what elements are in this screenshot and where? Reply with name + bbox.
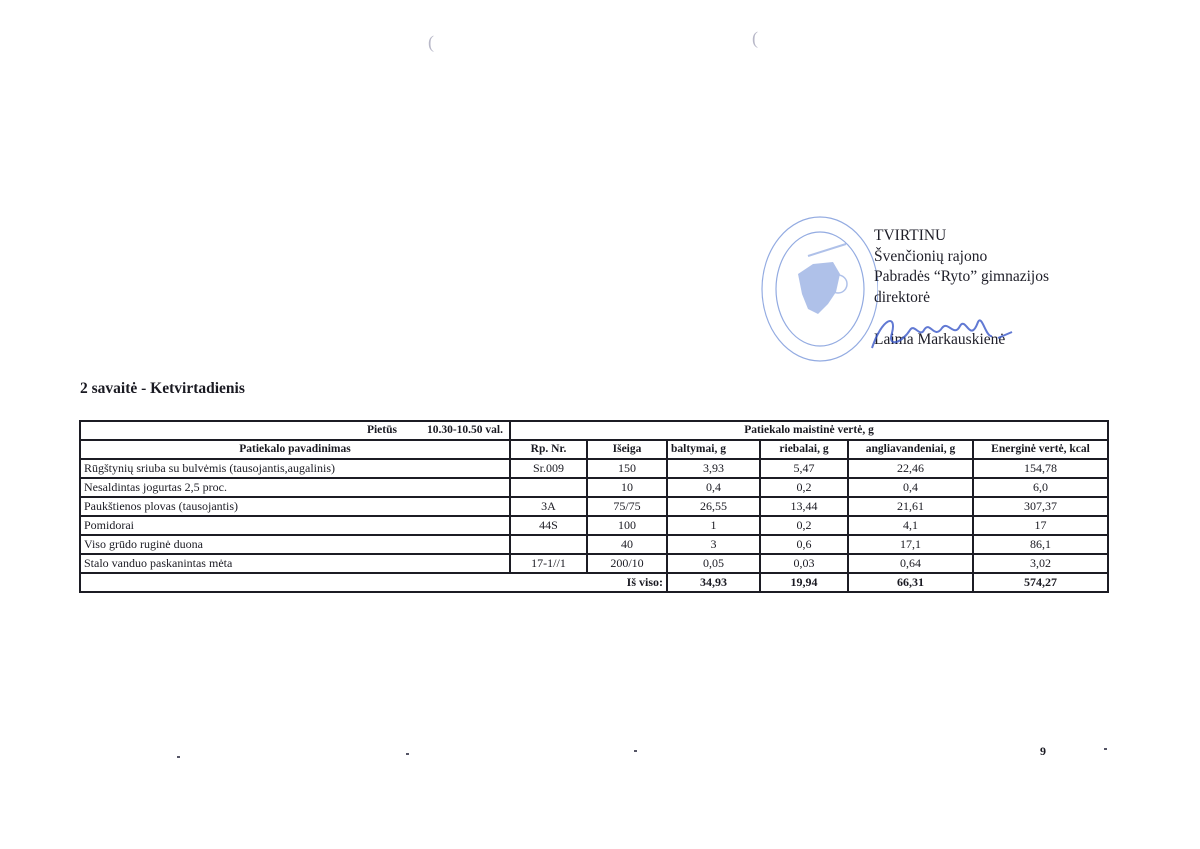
cell-protein: 1: [667, 516, 760, 535]
scan-mark-paren: (: [752, 28, 758, 49]
cell-protein: 3: [667, 535, 760, 554]
cell-rp: 3A: [510, 497, 587, 516]
cell-fat: 5,47: [760, 459, 848, 478]
meal-time: 10.30-10.50 val.: [427, 424, 503, 436]
table-row: Nesaldintas jogurtas 2,5 proc.100,40,20,…: [80, 478, 1108, 497]
cell-yield: 150: [587, 459, 667, 478]
cell-protein: 26,55: [667, 497, 760, 516]
nutrition-group-header: Patiekalo maistinė vertė, g: [510, 421, 1108, 440]
page-number: 9: [1040, 744, 1046, 759]
cell-energy: 86,1: [973, 535, 1108, 554]
table-header-row-1: Pietūs10.30-10.50 val. Patiekalo maistin…: [80, 421, 1108, 440]
cell-energy: 6,0: [973, 478, 1108, 497]
cell-energy: 3,02: [973, 554, 1108, 573]
col-header-yield: Išeiga: [587, 440, 667, 459]
meal-label: Pietūs: [367, 424, 397, 436]
col-header-protein: baltymai, g: [667, 440, 760, 459]
cell-rp: 17-1//1: [510, 554, 587, 573]
total-carbs: 66,31: [848, 573, 973, 592]
official-stamp: [758, 214, 878, 364]
cell-carbs: 0,64: [848, 554, 973, 573]
table-row: Paukštienos plovas (tausojantis)3A75/752…: [80, 497, 1108, 516]
cell-fat: 0,2: [760, 516, 848, 535]
signature: [862, 308, 1042, 358]
approval-heading: TVIRTINU: [874, 226, 1049, 247]
cell-carbs: 17,1: [848, 535, 973, 554]
scan-dot: [177, 756, 180, 758]
menu-table: Pietūs10.30-10.50 val. Patiekalo maistin…: [79, 420, 1109, 593]
col-header-energy: Energinė vertė, kcal: [973, 440, 1108, 459]
cell-name: Nesaldintas jogurtas 2,5 proc.: [80, 478, 510, 497]
cell-yield: 200/10: [587, 554, 667, 573]
cell-name: Pomidorai: [80, 516, 510, 535]
cell-protein: 3,93: [667, 459, 760, 478]
table-row: Stalo vanduo paskanintas mėta17-1//1200/…: [80, 554, 1108, 573]
col-header-carbs: angliavandeniai, g: [848, 440, 973, 459]
cell-energy: 307,37: [973, 497, 1108, 516]
total-row: Iš viso: 34,93 19,94 66,31 574,27: [80, 573, 1108, 592]
scan-dot: [406, 753, 409, 755]
cell-carbs: 21,61: [848, 497, 973, 516]
section-title: 2 savaitė - Ketvirtadienis: [80, 380, 245, 398]
total-energy: 574,27: [973, 573, 1108, 592]
cell-name: Stalo vanduo paskanintas mėta: [80, 554, 510, 573]
cell-carbs: 0,4: [848, 478, 973, 497]
total-label: Iš viso:: [80, 573, 667, 592]
table-row: Viso grūdo ruginė duona4030,617,186,1: [80, 535, 1108, 554]
scan-mark-paren: (: [428, 32, 434, 53]
cell-carbs: 22,46: [848, 459, 973, 478]
cell-energy: 17: [973, 516, 1108, 535]
cell-rp: [510, 535, 587, 554]
total-fat: 19,94: [760, 573, 848, 592]
approval-district: Švenčionių rajono: [874, 247, 1049, 268]
table-row: Pomidorai44S10010,24,117: [80, 516, 1108, 535]
approval-position: direktorė: [874, 288, 1049, 309]
col-header-fat: riebalai, g: [760, 440, 848, 459]
cell-carbs: 4,1: [848, 516, 973, 535]
cell-name: Paukštienos plovas (tausojantis): [80, 497, 510, 516]
approval-school: Pabradės “Ryto” gimnazijos: [874, 267, 1049, 288]
cell-yield: 40: [587, 535, 667, 554]
cell-yield: 10: [587, 478, 667, 497]
cell-fat: 0,6: [760, 535, 848, 554]
cell-protein: 0,05: [667, 554, 760, 573]
scan-dot: [1104, 748, 1107, 750]
cell-rp: [510, 478, 587, 497]
cell-name: Viso grūdo ruginė duona: [80, 535, 510, 554]
cell-yield: 75/75: [587, 497, 667, 516]
table-header-row-2: Patiekalo pavadinimas Rp. Nr. Išeiga bal…: [80, 440, 1108, 459]
col-header-name: Patiekalo pavadinimas: [80, 440, 510, 459]
cell-rp: Sr.009: [510, 459, 587, 478]
cell-energy: 154,78: [973, 459, 1108, 478]
total-protein: 34,93: [667, 573, 760, 592]
cell-fat: 0,03: [760, 554, 848, 573]
cell-protein: 0,4: [667, 478, 760, 497]
cell-fat: 13,44: [760, 497, 848, 516]
cell-fat: 0,2: [760, 478, 848, 497]
cell-yield: 100: [587, 516, 667, 535]
meal-header: Pietūs10.30-10.50 val.: [80, 421, 510, 440]
scan-dot: [634, 750, 637, 752]
cell-rp: 44S: [510, 516, 587, 535]
table-row: Rūgštynių sriuba su bulvėmis (tausojanti…: [80, 459, 1108, 478]
cell-name: Rūgštynių sriuba su bulvėmis (tausojanti…: [80, 459, 510, 478]
col-header-rp: Rp. Nr.: [510, 440, 587, 459]
